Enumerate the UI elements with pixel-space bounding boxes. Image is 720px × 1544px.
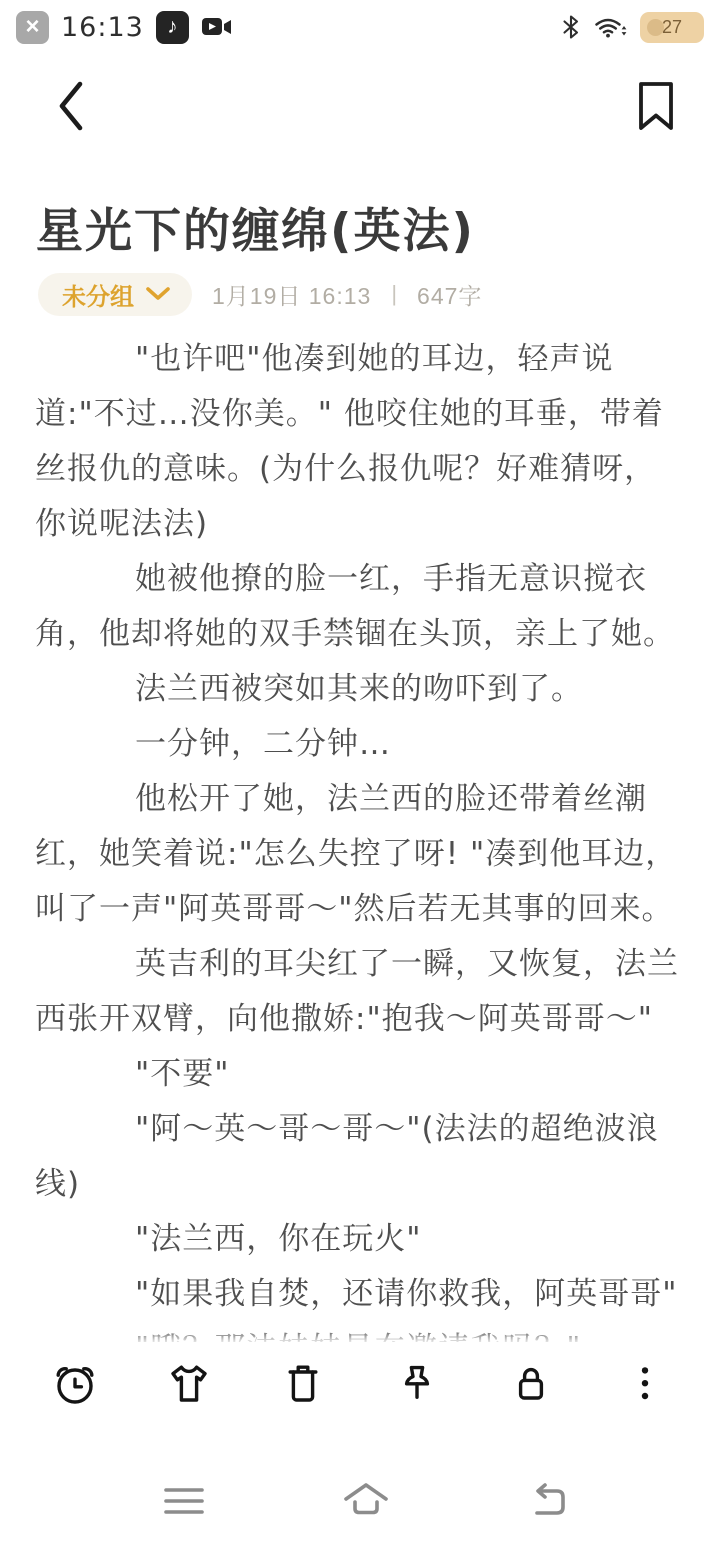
paragraph: 他松开了她，法兰西的脸还带着丝潮红，她笑着说:"怎么失控了呀! "凑到他耳边，叫…	[35, 772, 685, 937]
x-app-icon: ×	[16, 11, 49, 44]
paragraph: 法兰西被突如其来的吻吓到了。	[35, 662, 685, 717]
return-arrow-icon	[524, 1482, 572, 1520]
trash-icon	[279, 1360, 327, 1408]
note-title: 星光下的缠绵(英法)	[36, 194, 684, 261]
group-selector[interactable]: 未分组	[38, 273, 192, 316]
more-button[interactable]	[615, 1354, 675, 1414]
music-note-glyph: ♪	[167, 15, 178, 39]
pushpin-icon	[393, 1360, 441, 1408]
pin-button[interactable]	[387, 1354, 447, 1414]
app-nav-bar	[0, 70, 720, 142]
back-button-app[interactable]	[50, 77, 94, 135]
paragraph: 英吉利的耳尖红了一瞬，又恢复，法兰西张开双臂，向他撒娇:"抱我～阿英哥哥～"	[35, 937, 685, 1047]
word-count: 647字	[417, 278, 482, 311]
status-bar-right: 27	[560, 12, 704, 43]
bookmark-button[interactable]	[636, 80, 676, 132]
back-chevron-icon	[50, 77, 94, 135]
bluetooth-icon	[560, 13, 582, 41]
paragraph: "阿～英～哥～哥～"(法法的超绝波浪线)	[35, 1102, 685, 1212]
system-nav-bar	[0, 1458, 720, 1544]
lock-icon	[507, 1360, 555, 1408]
hamburger-icon	[161, 1483, 207, 1519]
note-toolbar	[0, 1342, 720, 1426]
bookmark-icon	[636, 80, 676, 132]
paragraph: "也许吧"他凑到她的耳边，轻声说道:"不过…没你美。" 他咬住她的耳垂，带着丝报…	[35, 332, 685, 552]
status-time: 16:13	[61, 12, 144, 43]
paragraph: "如果我自焚，还请你救我，阿英哥哥"	[35, 1267, 685, 1322]
paragraph: "法兰西，你在玩火"	[35, 1212, 685, 1267]
recents-button[interactable]	[158, 1475, 210, 1527]
battery-indicator: 27	[640, 12, 704, 43]
alarm-clock-icon	[51, 1360, 99, 1408]
lock-button[interactable]	[501, 1354, 561, 1414]
home-button[interactable]	[340, 1475, 392, 1527]
note-body[interactable]: "也许吧"他凑到她的耳边，轻声说道:"不过…没你美。" 他咬住她的耳垂，带着丝报…	[35, 332, 685, 1342]
delete-button[interactable]	[273, 1354, 333, 1414]
home-icon	[340, 1478, 392, 1524]
back-button[interactable]	[522, 1475, 574, 1527]
paragraph: 一分钟，二分钟…	[35, 717, 685, 772]
status-bar-left: × 16:13 ♪	[16, 11, 233, 44]
wifi-icon	[594, 14, 628, 40]
note-date: 1月19日 16:13	[212, 278, 371, 311]
paragraph: 她被他撩的脸一红，手指无意识搅衣角，他却将她的双手禁锢在头顶，亲上了她。	[35, 552, 685, 662]
battery-level: 27	[662, 17, 682, 38]
chevron-down-icon	[144, 285, 172, 303]
tshirt-icon	[165, 1360, 213, 1408]
paragraph: "哦？那法妹妹是在邀请我吗？"	[35, 1322, 685, 1342]
reminder-button[interactable]	[45, 1354, 105, 1414]
kebab-menu-icon	[621, 1360, 669, 1408]
tiktok-icon: ♪	[156, 11, 189, 44]
note-meta-row: 未分组 1月19日 16:13 | 647字	[38, 272, 482, 316]
video-icon	[201, 15, 233, 39]
theme-button[interactable]	[159, 1354, 219, 1414]
status-bar: × 16:13 ♪	[0, 4, 720, 50]
phone-screen: × 16:13 ♪	[0, 0, 720, 1544]
meta-separator: |	[391, 281, 397, 307]
x-glyph: ×	[25, 13, 39, 41]
group-label: 未分组	[62, 277, 134, 312]
paragraph: "不要"	[35, 1047, 685, 1102]
